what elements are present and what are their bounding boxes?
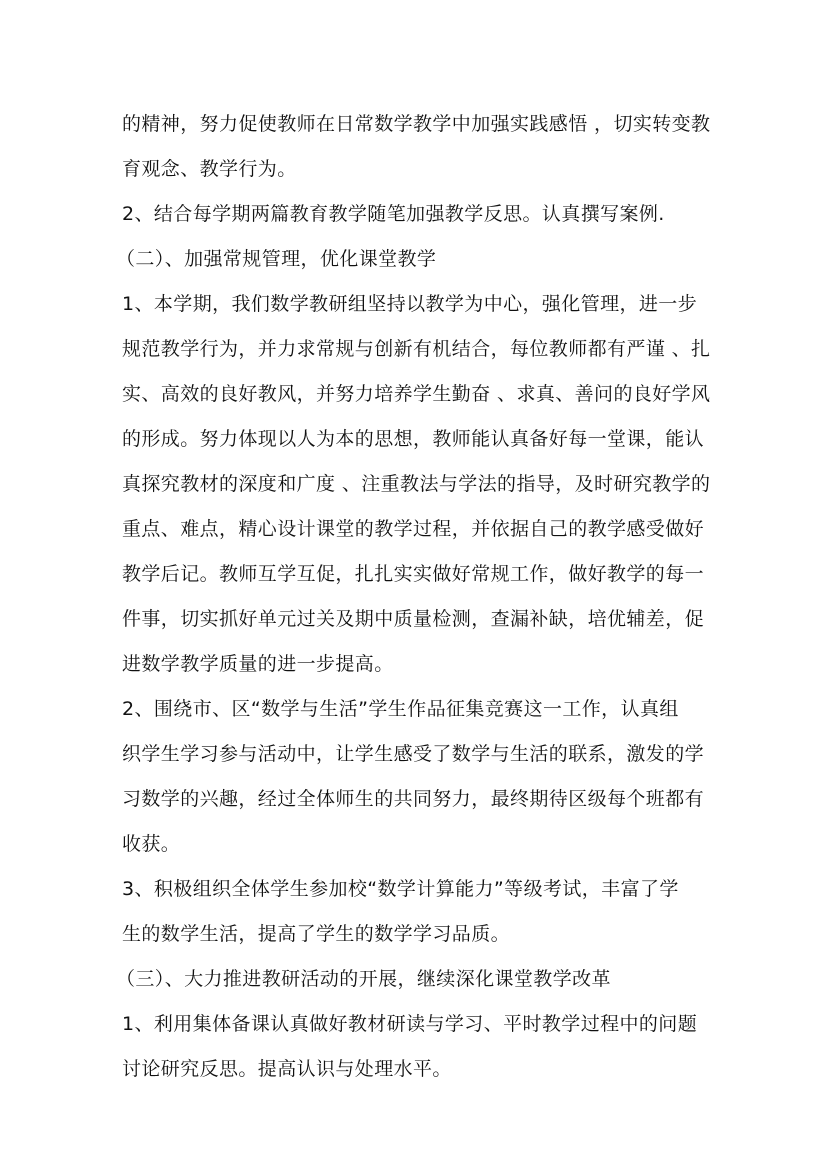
section-heading-3: （三）、大力推进教研活动的开展，继续深化课堂教学改革 [116, 966, 704, 1011]
paragraph-line: 实、高效的良好教风，并努力培养学生勤奋 、求真、善问的良好学风 [122, 381, 704, 426]
paragraph-line: 的形成。努力体现以人为本的思想，教师能认真备好每一堂课，能认 [122, 426, 704, 471]
paragraph-line: 的精神，努力促使教师在日常数学教学中加强实践感悟 ，切实转变教 [122, 111, 704, 156]
list-item-line: 3、积极组织全体学生参加校“数学计算能力”等级考试，丰富了学 [122, 876, 704, 921]
paragraph-line: 件事，切实抓好单元过关及期中质量检测，查漏补缺，培优辅差，促 [122, 606, 704, 651]
paragraph-line: 进数学教学质量的进一步提高。 [122, 651, 704, 696]
paragraph-line: 教学后记。教师互学互促，扎扎实实做好常规工作，做好教学的每一 [122, 561, 704, 606]
list-item-line: 2、结合每学期两篇教育教学随笔加强教学反思。认真撰写案例. [122, 201, 704, 246]
paragraph-line: 真探究教材的深度和广度 、注重教法与学法的指导，及时研究教学的 [122, 471, 704, 516]
paragraph-line: 收获。 [122, 831, 704, 876]
section-heading-2: （二）、加强常规管理，优化课堂教学 [116, 246, 704, 291]
document-page: 的精神，努力促使教师在日常数学教学中加强实践感悟 ，切实转变教 育观念、教学行为… [122, 111, 704, 1101]
paragraph-line: 讨论研究反思。提高认识与处理水平。 [122, 1056, 704, 1101]
paragraph-line: 育观念、教学行为。 [122, 156, 704, 201]
list-item-line: 1、本学期，我们数学教研组坚持以教学为中心，强化管理，进一步 [122, 291, 704, 336]
list-item-line: 2、围绕市、区“数学与生活”学生作品征集竞赛这一工作，认真组 [122, 696, 704, 741]
paragraph-line: 习数学的兴趣，经过全体师生的共同努力，最终期待区级每个班都有 [122, 786, 704, 831]
paragraph-line: 生的数学生活，提高了学生的数学学习品质。 [122, 921, 704, 966]
paragraph-line: 重点、难点，精心设计课堂的教学过程，并依据自己的教学感受做好 [122, 516, 704, 561]
list-item-line: 1、利用集体备课认真做好教材研读与学习、平时教学过程中的问题 [122, 1011, 704, 1056]
paragraph-line: 织学生学习参与活动中，让学生感受了数学与生活的联系，激发的学 [122, 741, 704, 786]
paragraph-line: 规范教学行为，并力求常规与创新有机结合，每位教师都有严谨 、扎 [122, 336, 704, 381]
